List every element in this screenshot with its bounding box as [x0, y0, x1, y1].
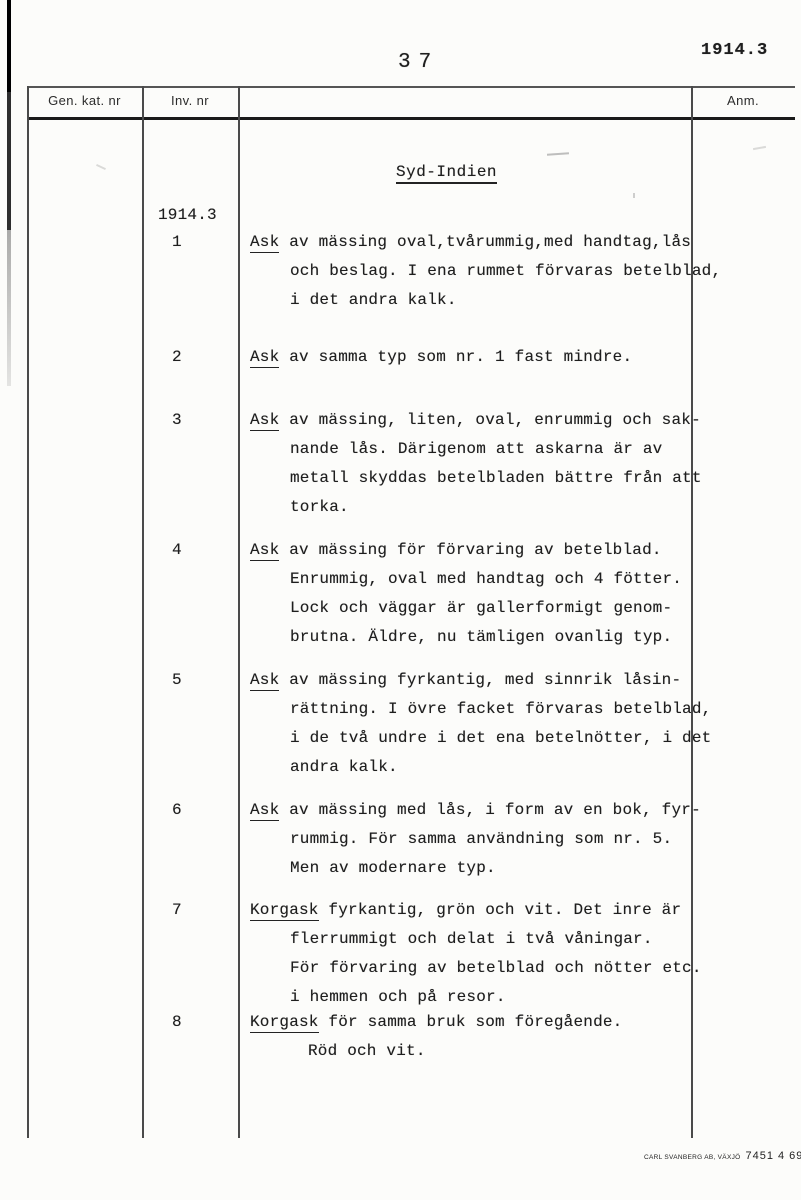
catalog-entry: 3 Ask av mässing, liten, oval, enrummig …	[160, 406, 720, 522]
entry-text: av mässing med lås, i form av en bok, fy…	[279, 801, 700, 819]
entry-text: för samma bruk som föregående.	[319, 1013, 623, 1031]
entry-number: 2	[172, 343, 200, 372]
entry-first-line: Ask av mässing med lås, i form av en bok…	[250, 796, 718, 825]
entry-line: Enrummig, oval med handtag och 4 fötter.	[290, 565, 718, 594]
entry-number: 3	[172, 406, 200, 435]
page-number: 37	[398, 48, 439, 77]
entry-line: flerrummigt och delat i två våningar.	[290, 925, 718, 954]
entry-first-line: Ask av mässing fyrkantig, med sinnrik lå…	[250, 666, 718, 695]
entry-text: av mässing oval,tvårummig,med handtag,lå…	[279, 233, 691, 251]
scan-artifact	[96, 164, 106, 170]
entry-number: 7	[172, 896, 200, 925]
binding-margin-bar	[7, 0, 11, 386]
printer-imprint-code: 7451 4 69	[745, 1150, 801, 1162]
entry-line: och beslag. I ena rummet förvaras betelb…	[290, 257, 718, 286]
entry-first-line: Ask av samma typ som nr. 1 fast mindre.	[250, 343, 718, 372]
catalog-entry: 7 Korgask fyrkantig, grön och vit. Det i…	[160, 896, 720, 1012]
entry-keyword: Ask	[250, 233, 279, 253]
catalog-entry: 8 Korgask för samma bruk som föregående.…	[160, 1008, 720, 1066]
scanned-catalog-page: 37 1914.3 Gen. kat. nr Inv. nr Anm. Syd-…	[0, 0, 801, 1200]
entry-first-line: Korgask för samma bruk som föregående.	[250, 1008, 718, 1037]
entry-text: av samma typ som nr. 1 fast mindre.	[279, 348, 632, 366]
entry-keyword: Ask	[250, 411, 279, 431]
entry-text: fyrkantig, grön och vit. Det inre är	[319, 901, 682, 919]
entry-first-line: Ask av mässing oval,tvårummig,med handta…	[250, 228, 718, 257]
catalog-entry: 4 Ask av mässing för förvaring av betelb…	[160, 536, 720, 652]
entry-keyword: Ask	[250, 541, 279, 561]
entry-number: 6	[172, 796, 200, 825]
entry-line: andra kalk.	[290, 753, 718, 782]
printer-imprint: CARL SVANBERG AB, VÄXJÖ7451 4 69	[644, 1146, 801, 1164]
entry-line: Men av modernare typ.	[290, 854, 718, 883]
year-reference: 1914.3	[701, 41, 768, 60]
entry-first-line: Korgask fyrkantig, grön och vit. Det inr…	[250, 896, 718, 925]
scan-artifact	[633, 193, 635, 198]
table-left-border	[27, 86, 29, 1138]
entry-line: nande lås. Därigenom att askarna är av	[290, 435, 718, 464]
entry-first-line: Ask av mässing, liten, oval, enrummig oc…	[250, 406, 718, 435]
entry-line: För förvaring av betelblad och nötter et…	[290, 954, 718, 983]
catalog-entry: 2 Ask av samma typ som nr. 1 fast mindre…	[160, 343, 720, 372]
entry-number: 8	[172, 1008, 200, 1037]
inventory-year: 1914.3	[158, 201, 217, 230]
entry-number: 1	[172, 228, 200, 257]
entry-text: av mässing för förvaring av betelblad.	[279, 541, 661, 559]
entry-text: av mässing fyrkantig, med sinnrik låsin-	[279, 671, 681, 689]
entry-number: 5	[172, 666, 200, 695]
entry-first-line: Ask av mässing för förvaring av betelbla…	[250, 536, 718, 565]
entry-line: Lock och väggar är gallerformigt genom-	[290, 594, 718, 623]
entry-line: brutna. Äldre, nu tämligen ovanlig typ.	[290, 623, 718, 652]
section-heading-text: Syd-Indien	[396, 163, 497, 184]
column-header-inv-nr: Inv. nr	[142, 93, 238, 108]
entry-line: rättning. I övre facket förvaras betelbl…	[290, 695, 718, 724]
column-header-anm: Anm.	[691, 93, 795, 108]
entry-text: av mässing, liten, oval, enrummig och sa…	[279, 411, 700, 429]
entry-line: rummig. För samma användning som nr. 5.	[290, 825, 718, 854]
entry-keyword: Korgask	[250, 1013, 319, 1033]
column-divider-genkat-inv	[142, 86, 144, 1138]
entry-keyword: Ask	[250, 671, 279, 691]
printer-imprint-name: CARL SVANBERG AB, VÄXJÖ	[644, 1154, 740, 1161]
entry-line: Röd och vit.	[308, 1037, 718, 1066]
entry-line: torka.	[290, 493, 718, 522]
scan-artifact	[547, 152, 569, 156]
entry-keyword: Ask	[250, 801, 279, 821]
catalog-entry: 6 Ask av mässing med lås, i form av en b…	[160, 796, 720, 883]
entry-line: metall skyddas betelbladen bättre från a…	[290, 464, 718, 493]
entry-keyword: Korgask	[250, 901, 319, 921]
column-header-gen-kat-nr: Gen. kat. nr	[27, 93, 142, 108]
catalog-entry: 5 Ask av mässing fyrkantig, med sinnrik …	[160, 666, 720, 782]
section-heading: Syd-Indien	[396, 158, 497, 187]
entry-number: 4	[172, 536, 200, 565]
entry-line: i de två undre i det ena betelnötter, i …	[290, 724, 718, 753]
entry-keyword: Ask	[250, 348, 279, 368]
entry-line: i det andra kalk.	[290, 286, 718, 315]
catalog-entry: 1 Ask av mässing oval,tvårummig,med hand…	[160, 228, 720, 315]
scan-artifact	[753, 146, 766, 150]
